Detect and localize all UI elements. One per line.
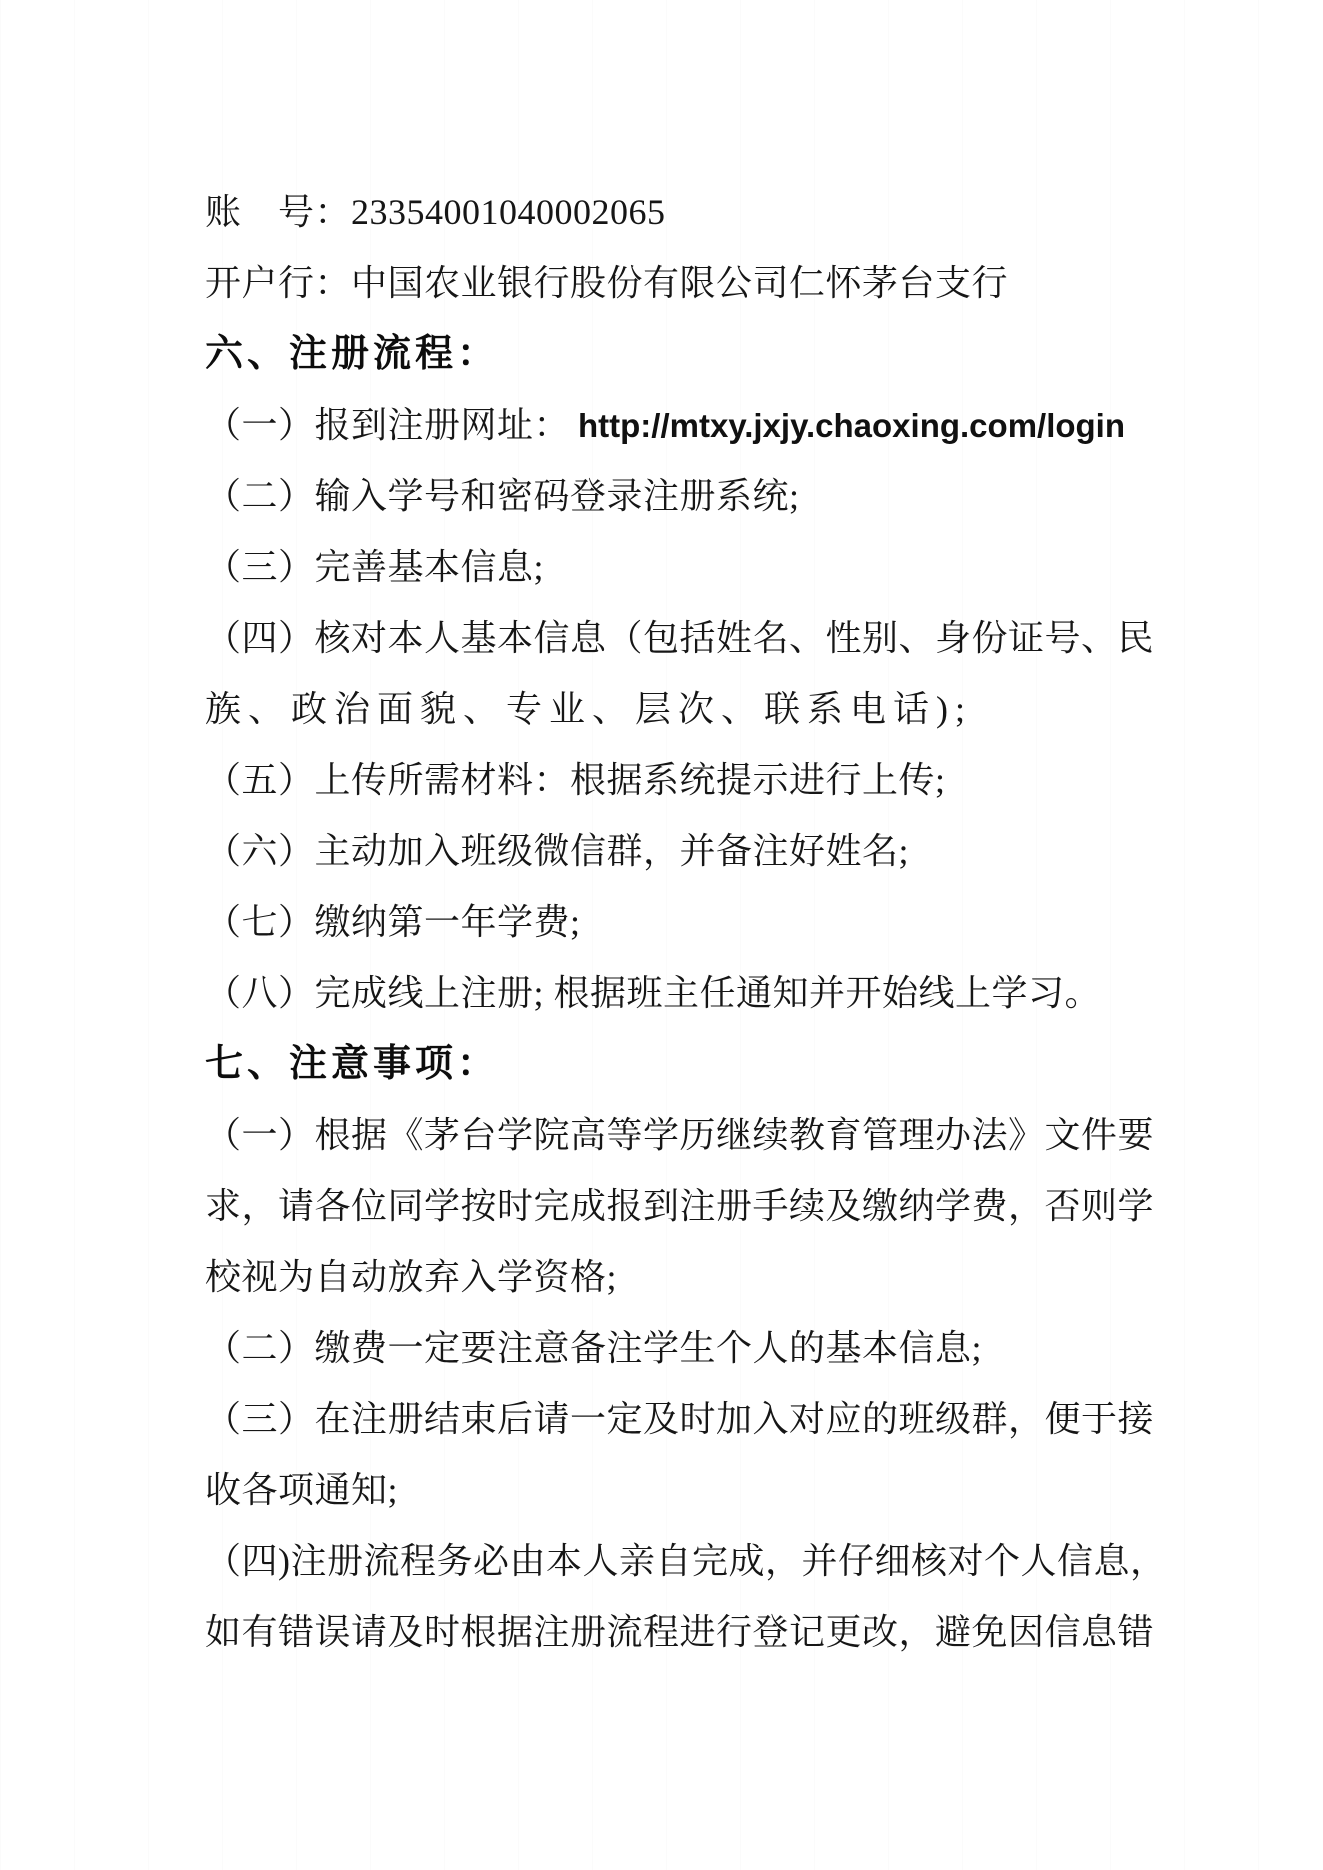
- bank-branch-line: 开户行：中国农业银行股份有限公司仁怀茅台支行: [205, 248, 1185, 319]
- note-4-line-2: 如有错误请及时根据注册流程进行登记更改，避免因信息错: [205, 1597, 1185, 1668]
- step-7-line: （七）缴纳第一年学费;: [205, 887, 1185, 958]
- step-2-line: （二）输入学号和密码登录注册系统;: [205, 461, 1185, 532]
- step-4-line-1: （四）核对本人基本信息（包括姓名、性别、身份证号、民: [205, 603, 1185, 674]
- registration-url: http://mtxy.jxjy.chaoxing.com/login: [578, 407, 1125, 444]
- note-4-line-1: （四)注册流程务必由本人亲自完成，并仔细核对个人信息，: [205, 1526, 1185, 1597]
- step-6-line: （六）主动加入班级微信群，并备注好姓名;: [205, 816, 1185, 887]
- note-3-line-2: 收各项通知;: [205, 1455, 1185, 1526]
- scanned-document-page: 账 号：23354001040002065 开户行：中国农业银行股份有限公司仁怀…: [0, 0, 1323, 1870]
- document-body: 账 号：23354001040002065 开户行：中国农业银行股份有限公司仁怀…: [205, 177, 1185, 1668]
- section-heading-registration-process: 六、注册流程：: [205, 319, 1185, 390]
- section-heading-notes: 七、注意事项：: [205, 1029, 1185, 1100]
- note-1-line-3: 校视为自动放弃入学资格;: [205, 1242, 1185, 1313]
- step-3-line: （三）完善基本信息;: [205, 532, 1185, 603]
- account-number-line: 账 号：23354001040002065: [205, 177, 1185, 248]
- registration-url-line: （一）报到注册网址：http://mtxy.jxjy.chaoxing.com/…: [205, 390, 1185, 461]
- step-4-line-2: 族、政治面貌、专业、层次、联系电话);: [205, 674, 1185, 745]
- note-1-line-2: 求，请各位同学按时完成报到注册手续及缴纳学费，否则学: [205, 1171, 1185, 1242]
- step-8-line: （八）完成线上注册; 根据班主任通知并开始线上学习。: [205, 958, 1185, 1029]
- step-5-line: （五）上传所需材料：根据系统提示进行上传;: [205, 745, 1185, 816]
- note-1-line-1: （一）根据《茅台学院高等学历继续教育管理办法》文件要: [205, 1100, 1185, 1171]
- note-3-line-1: （三）在注册结束后请一定及时加入对应的班级群，便于接: [205, 1384, 1185, 1455]
- registration-url-label: （一）报到注册网址：: [205, 405, 570, 445]
- note-2-line: （二）缴费一定要注意备注学生个人的基本信息;: [205, 1313, 1185, 1384]
